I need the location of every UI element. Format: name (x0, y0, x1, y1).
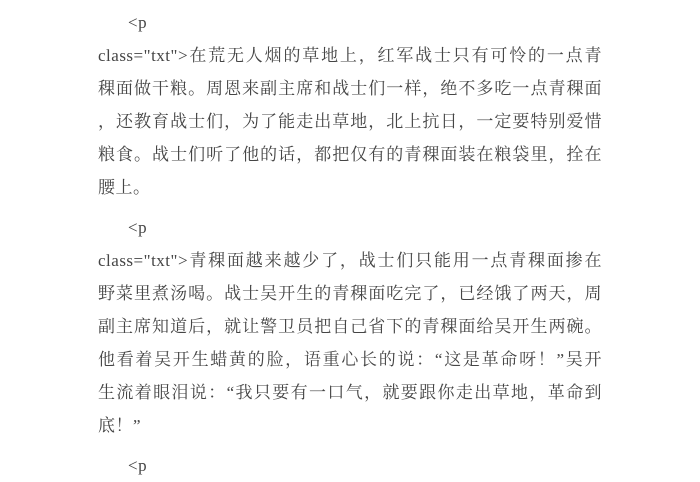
source-line: class="txt">在荒无人烟的草地上，红军战士只有可怜的一点青 (98, 39, 602, 72)
paragraph-open-tag: <p (98, 449, 602, 470)
source-line: 底！” (98, 409, 602, 442)
document-page: <p class="txt">在荒无人烟的草地上，红军战士只有可怜的一点青 稞面… (98, 6, 602, 470)
source-line: 他看着吴开生蜡黄的脸，语重心长的说：“这是革命呀！”吴开 (98, 343, 602, 376)
source-line: class="txt">青稞面越来越少了，战士们只能用一点青稞面掺在 (98, 244, 602, 277)
source-line: 腰上。 (98, 171, 602, 204)
source-line: 粮食。战士们听了他的话，都把仅有的青稞面装在粮袋里，拴在 (98, 138, 602, 171)
source-line: 副主席知道后，就让警卫员把自己省下的青稞面给吴开生两碗。 (98, 310, 602, 343)
source-line: 生流着眼泪说：“我只要有一口气，就要跟你走出草地，革命到 (98, 376, 602, 409)
paragraph-open-tag: <p (98, 211, 602, 244)
source-line: ，还教育战士们，为了能走出草地，北上抗日，一定要特别爱惜 (98, 105, 602, 138)
source-line: 稞面做干粮。周恩来副主席和战士们一样，绝不多吃一点青稞面 (98, 72, 602, 105)
source-line: 野菜里煮汤喝。战士吴开生的青稞面吃完了，已经饿了两天，周 (98, 277, 602, 310)
paragraph-open-tag: <p (98, 6, 602, 39)
